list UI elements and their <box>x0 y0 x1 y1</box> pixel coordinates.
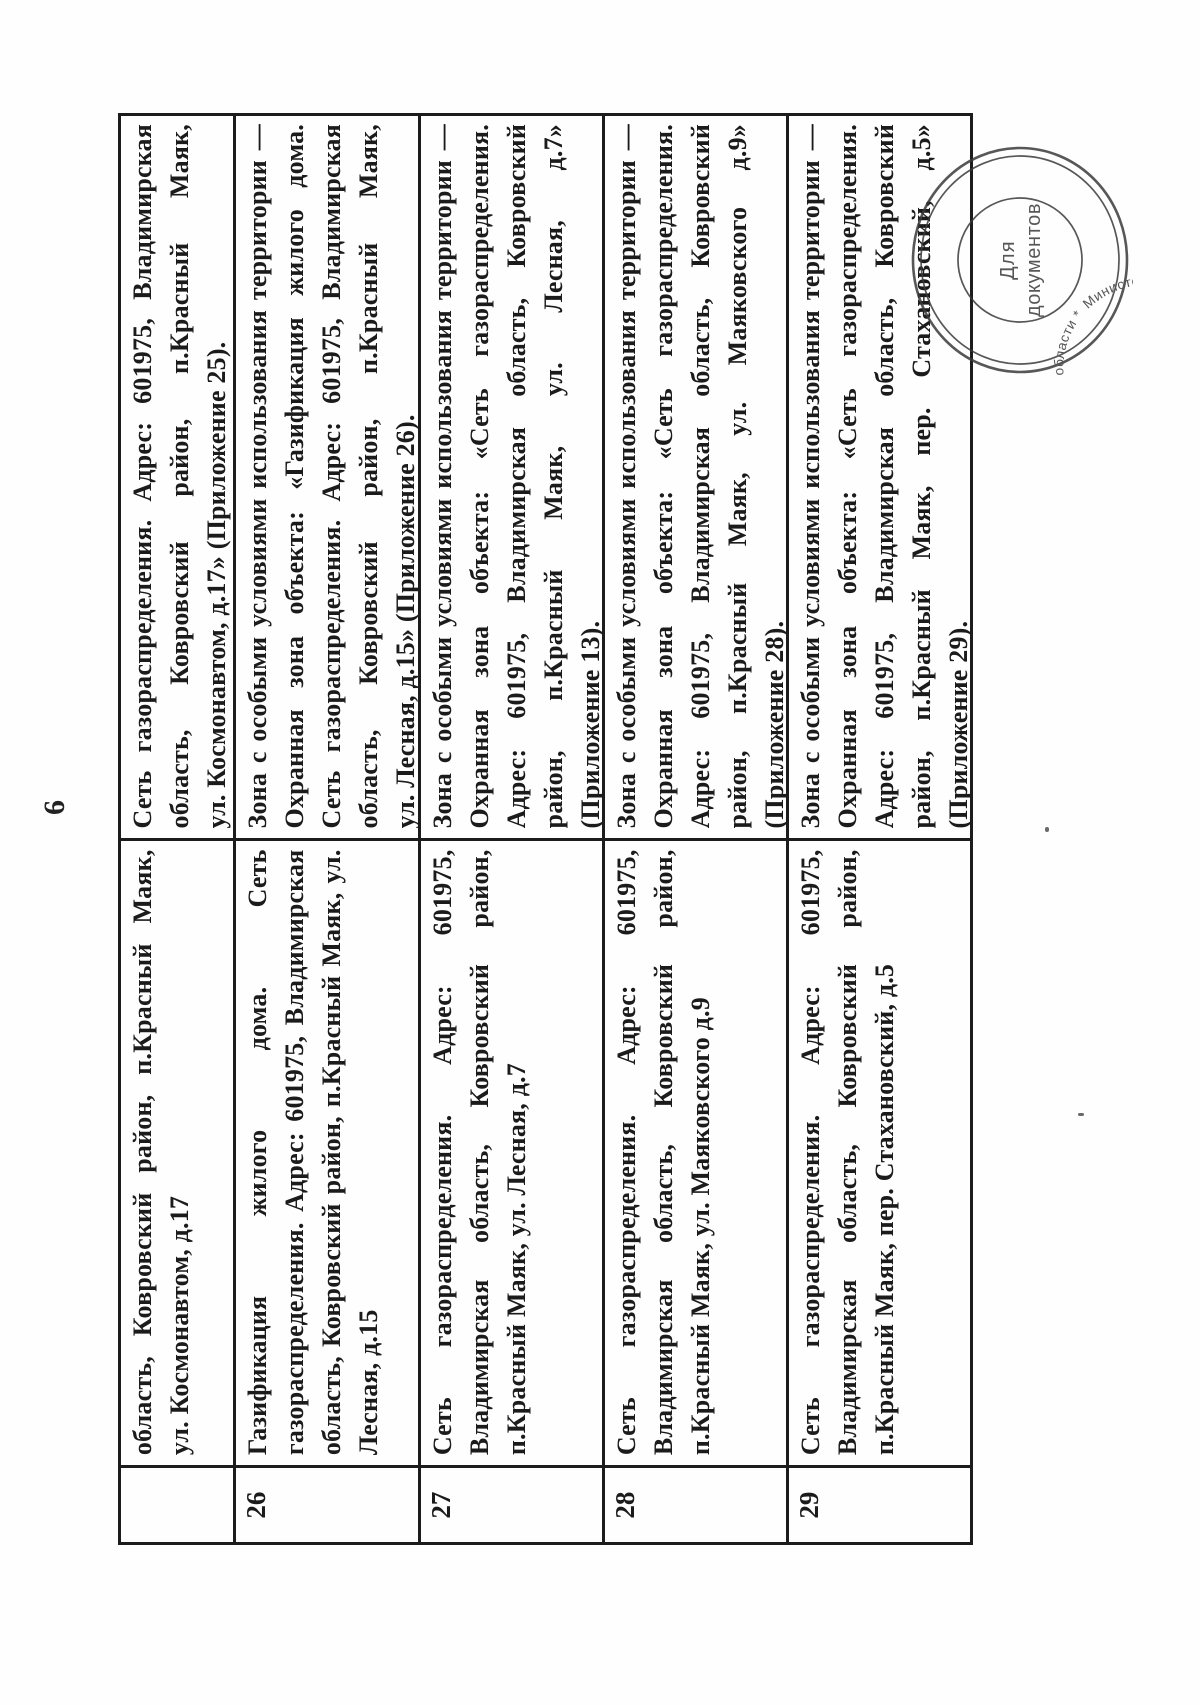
row-number-cell: 27 <box>421 1465 605 1542</box>
text-line: Владимирская область, Ковровский район, <box>829 849 866 1455</box>
text-line: Зона с особыми условиями использования т… <box>424 124 461 828</box>
text-line: Зона с особыми условиями использования т… <box>792 124 829 828</box>
text-line: область, Ковровский район, п.Красный Мая… <box>313 849 350 1455</box>
stamp-inner-ring <box>958 198 1082 322</box>
row-number-cell: 26 <box>236 1465 421 1542</box>
zone-cell: Зона с особыми условиями использования т… <box>605 113 789 838</box>
text-line: п.Красный Маяк, пер. Стахановский, д.5 <box>866 849 903 1455</box>
text-line: Сеть газораспределения. Адрес: 601975, <box>792 849 829 1455</box>
page-number: 6 <box>38 800 72 815</box>
table-row: 26 Газификация жилого дома. Сеть газорас… <box>236 113 421 1542</box>
row-number-cell <box>121 1465 236 1542</box>
text-line: область, Ковровский район, п.Красный Мая… <box>350 124 387 828</box>
stamp-outer-ring <box>913 148 1127 372</box>
text-line: Адрес: 601975, Владимирская область, Ков… <box>498 124 535 828</box>
text-line: Владимирская область, Ковровский район, <box>645 849 682 1455</box>
text-line: ул. Космонавтом, д.17» (Приложение 25). <box>198 124 235 828</box>
text-line: Зона с особыми условиями использования т… <box>608 124 645 828</box>
zone-cell: Зона с особыми условиями использования т… <box>236 113 421 838</box>
zone-cell: Зона с особыми условиями использования т… <box>421 113 605 838</box>
text-line: область, Ковровский район, п.Красный Мая… <box>124 849 161 1455</box>
text-line: газораспределения. Адрес: 601975, Владим… <box>276 849 313 1455</box>
stamp-ring-label: Министерство жилищно-коммунального хозяй… <box>1051 273 1133 378</box>
table-row: 27 Сеть газораспределения. Адрес: 601975… <box>421 113 605 1542</box>
text-line: ул. Космонавтом, д.17 <box>161 849 198 1455</box>
text-line: Сеть газораспределения. Адрес: 601975, В… <box>124 124 161 828</box>
description-cell: Сеть газораспределения. Адрес: 601975, В… <box>421 838 605 1465</box>
text-line: п.Красный Маяк, ул. Лесная, д.7 <box>498 849 535 1455</box>
table-row: 28 Сеть газораспределения. Адрес: 601975… <box>605 113 789 1542</box>
text-line: Охранная зона объекта: «Сеть газораспред… <box>461 124 498 828</box>
description-cell: Газификация жилого дома. Сеть газораспре… <box>236 838 421 1465</box>
text-line: Охранная зона объекта: «Газификация жило… <box>276 124 313 828</box>
document-table: область, Ковровский район, п.Красный Мая… <box>118 113 973 1545</box>
text-line: Сеть газораспределения. Адрес: 601975, <box>424 849 461 1455</box>
stamp: Министерство жилищно-коммунального хозяй… <box>907 142 1133 378</box>
description-cell: Сеть газораспределения. Адрес: 601975, В… <box>789 838 973 1465</box>
text-line: Владимирская область, Ковровский район, <box>461 849 498 1455</box>
description-cell: Сеть газораспределения. Адрес: 601975, В… <box>605 838 789 1465</box>
zone-cell: Сеть газораспределения. Адрес: 601975, В… <box>121 113 236 838</box>
text-line: Адрес: 601975, Владимирская область, Ков… <box>682 124 719 828</box>
row-number-cell: 29 <box>789 1465 973 1542</box>
text-line: Сеть газораспределения. Адрес: 601975, <box>608 849 645 1455</box>
text-line: район, п.Красный Маяк, ул. Лесная, д.7» <box>535 124 572 828</box>
text-line: (Приложение 13). <box>572 124 605 828</box>
rotated-page: 6 область, Ковровский район, п.Красный М… <box>0 0 1200 1705</box>
text-line: Охранная зона объекта: «Сеть газораспред… <box>645 124 682 828</box>
text-line: Газификация жилого дома. Сеть <box>239 849 276 1455</box>
text-line: Адрес: 601975, Владимирская область, Ков… <box>866 124 903 828</box>
dust-speck <box>1078 1113 1084 1116</box>
text-line: район, п.Красный Маяк, ул. Маяковского д… <box>719 124 756 828</box>
text-line: область, Ковровский район, п.Красный Мая… <box>161 124 198 828</box>
stamp-center-line2: документов <box>1023 203 1045 317</box>
description-cell: область, Ковровский район, п.Красный Мая… <box>121 838 236 1465</box>
text-line: ул. Лесная, д.15» (Приложение 26). <box>387 124 421 828</box>
scan-page: 6 область, Ковровский район, п.Красный М… <box>0 0 1200 1705</box>
text-line: Сеть газораспределения. Адрес: 601975, В… <box>313 124 350 828</box>
text-line: Лесная, д.15 <box>350 849 387 1455</box>
text-line: п.Красный Маяк, ул. Маяковского д.9 <box>682 849 719 1455</box>
text-line: Зона с особыми условиями использования т… <box>239 124 276 828</box>
text-line: (Приложение 28). <box>756 124 789 828</box>
row-number-cell: 28 <box>605 1465 789 1542</box>
stamp-second-ring <box>921 156 1119 364</box>
stamp-center-line1: Для <box>997 240 1019 280</box>
text-line: Охранная зона объекта: «Сеть газораспред… <box>829 124 866 828</box>
table-row: область, Ковровский район, п.Красный Мая… <box>121 113 236 1542</box>
dust-speck <box>1045 827 1049 832</box>
